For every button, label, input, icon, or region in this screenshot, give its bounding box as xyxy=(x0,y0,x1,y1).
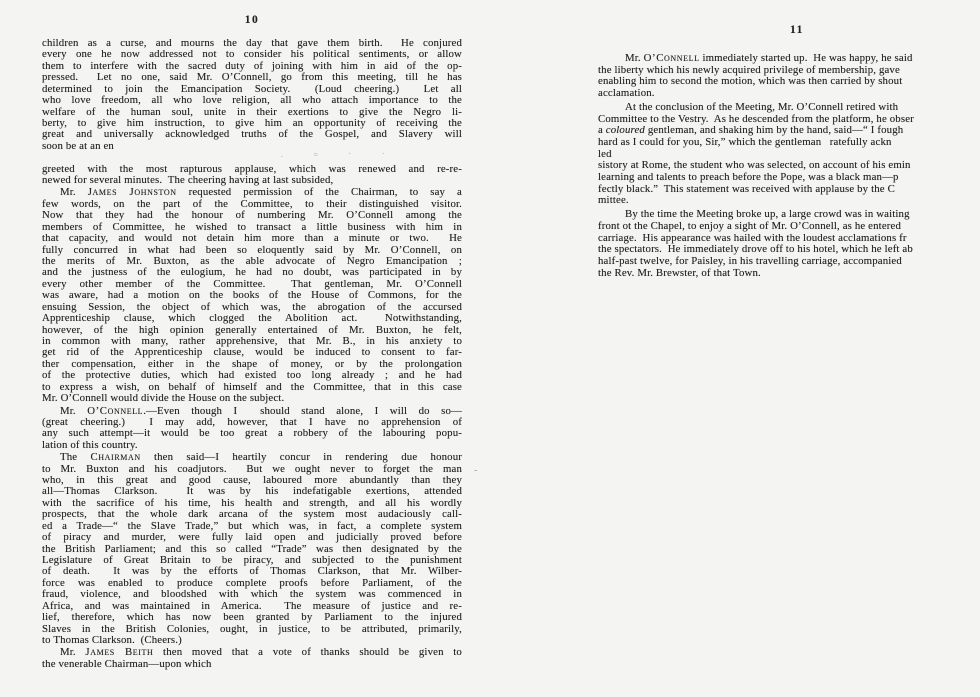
text-segment: a xyxy=(598,124,606,136)
text-segment: the British Parliament; and this so call… xyxy=(42,543,462,555)
text-segment: Mr. xyxy=(60,186,88,198)
text-line: Mr. O’Connell would divide the House on … xyxy=(42,393,462,404)
text-segment: Committee to the Vestry. As he descended… xyxy=(598,113,914,125)
text-segment: all—Thomas Clarkson. It was by his indef… xyxy=(42,485,462,497)
page-11: 11 Mr. O’Connell immediately started up.… xyxy=(598,24,980,279)
speaker-name: Chairman xyxy=(91,451,141,463)
text-segment: pressed. Let no one, said Mr. O’Connell,… xyxy=(42,71,462,83)
text-segment: Now that they had the honour of numberin… xyxy=(42,209,462,221)
text-segment: carriage. His appearance was hailed with… xyxy=(598,232,907,244)
text-segment: in common with many, rather apprehensive… xyxy=(42,335,462,347)
text-segment: to Mr. Buxton and his coadjutors. But we… xyxy=(42,463,462,475)
text-segment: then said—I heartily concur in rendering… xyxy=(141,451,462,463)
text-segment: Mr. xyxy=(625,52,644,64)
text-segment: get rid of the Apprenticeship clause, wo… xyxy=(42,346,462,358)
text-segment: fraud, violence, and bloodshed with whic… xyxy=(42,588,462,600)
text-segment: every one he now addressed not to consid… xyxy=(42,48,462,60)
text-segment: of piracy and murder, were fully laid op… xyxy=(42,531,462,543)
text-segment: acclamation. xyxy=(598,87,655,99)
text-segment: ensuing Session, the object of which was… xyxy=(42,301,462,313)
text-segment: led xyxy=(598,148,612,160)
text-segment: fully concurred in what had been so eloq… xyxy=(42,244,462,256)
text-segment: welfare of the human soul, unite in thei… xyxy=(42,106,462,118)
text-segment: the venerable Chairman—upon which xyxy=(42,658,212,670)
text-segment: At the conclusion of the Meeting, Mr. O’… xyxy=(625,101,898,113)
text-segment: immediately started up. He was happy, he… xyxy=(700,52,913,64)
paragraph: At the conclusion of the Meeting, Mr. O’… xyxy=(598,102,980,207)
paragraph: Mr. James Beith then moved that a vote o… xyxy=(42,647,462,670)
text-line: newed for several minutes. The cheering … xyxy=(42,175,462,186)
page-10: 10 children as a curse, and mourns the d… xyxy=(42,14,462,670)
page-number-left: 10 xyxy=(42,14,462,26)
text-segment: the spectators. He immediately drove off… xyxy=(598,243,913,255)
text-segment: every other member of the Committee. Tha… xyxy=(42,278,462,290)
text-segment: greeted with the most rapturous applause… xyxy=(42,163,462,175)
text-segment: prospects, that the whole dark arcana of… xyxy=(42,508,462,520)
speaker-name: James Johnston xyxy=(88,186,177,198)
text-segment: coloured xyxy=(606,124,645,136)
text-line: soon be at an en xyxy=(42,141,462,152)
text-segment: then moved that a vote of thanks should … xyxy=(153,646,462,658)
text-segment: Africa, and was maintained in America. T… xyxy=(42,600,462,612)
text-segment: the liberty which his newly acquired pri… xyxy=(598,64,900,76)
paragraph: children as a curse, and mourns the day … xyxy=(42,38,462,186)
text-segment: (great cheering.) I may add, however, th… xyxy=(42,416,462,428)
text-segment: members of Committee, he wished to trans… xyxy=(42,221,462,233)
text-segment: Legislature of Great Britain to be pirac… xyxy=(42,554,462,566)
text-segment: force was enabled to produce complete pr… xyxy=(42,577,462,589)
paragraph: Mr. O’Connell.—Even though I should stan… xyxy=(42,406,462,452)
speaker-name: O’Connell xyxy=(87,405,143,417)
text-segment: that capacity, and would not detain him … xyxy=(42,232,462,244)
text-segment: who love freedom, all who love religion,… xyxy=(42,94,462,106)
text-line: mittee. xyxy=(598,195,980,207)
text-segment: lation of this country. xyxy=(42,439,138,451)
text-segment: half-past twelve, for Paisley, in his tr… xyxy=(598,255,902,267)
text-segment: determined to join the Emancipation Soci… xyxy=(42,83,462,95)
text-segment: the merits of Mr. Buxton, as the able ad… xyxy=(42,255,462,267)
text-segment: with the sacrifice of his time, his heal… xyxy=(42,497,462,509)
text-segment: was aware, had a motion on the books of … xyxy=(42,289,462,301)
text-segment: and the justness of the eulogium, he had… xyxy=(42,266,462,278)
text-segment: children as a curse, and mourns the day … xyxy=(42,37,462,49)
text-segment: hard as I could for you, Sir,” which the… xyxy=(598,136,892,148)
text-segment: few words, on the part of the Committee,… xyxy=(42,198,462,210)
paragraph: The Chairman then said—I heartily concur… xyxy=(42,452,462,646)
text-segment: ed a Trade—“ the Slave Trade,” but which… xyxy=(42,520,462,532)
text-segment: to Thomas Clarkson. (Cheers.) xyxy=(42,634,182,646)
text-segment: of the protective duties, which had exis… xyxy=(42,369,462,381)
text-segment: Mr. xyxy=(60,405,87,417)
paragraph: By the time the Meeting broke up, a larg… xyxy=(598,209,980,279)
text-line: acclamation. xyxy=(598,88,980,100)
speaker-name: O’Connell xyxy=(644,52,700,64)
text-segment: lief, therefore, which has now been gran… xyxy=(42,611,462,623)
text-segment: mittee. xyxy=(598,194,629,206)
page-body-right: Mr. O’Connell immediately started up. He… xyxy=(598,53,980,279)
page-body-left: children as a curse, and mourns the day … xyxy=(42,38,462,670)
text-line: fectly black.” This statement was receiv… xyxy=(598,184,980,196)
text-segment: of death. It was by the efforts of Thoma… xyxy=(42,565,462,577)
text-segment: newed for several minutes. The cheering … xyxy=(42,174,333,186)
text-segment: any such attempt—it would be too great a… xyxy=(42,427,462,439)
speaker-name: James Beith xyxy=(85,646,153,658)
page-number-right: 11 xyxy=(790,24,804,36)
text-segment: berty, to give him instruction, to give … xyxy=(42,117,462,129)
text-segment: however, of the high opinion generally e… xyxy=(42,324,462,336)
text-line: the Rev. Mr. Brewster, of that Town. xyxy=(598,268,980,280)
text-segment: Apprenticeship clause, which clogged the… xyxy=(42,312,462,324)
text-line: the venerable Chairman—upon which xyxy=(42,659,462,670)
paragraph: Mr. James Johnston requested permission … xyxy=(42,187,462,404)
text-segment: to express a wish, on behalf of himself … xyxy=(42,381,462,393)
text-segment: requested permission of the Chairman, to… xyxy=(177,186,462,198)
text-segment: .—Even though I should stand alone, I wi… xyxy=(143,405,462,417)
text-segment: fectly black.” This statement was receiv… xyxy=(598,183,895,195)
text-segment: them to interfere with the sacred duty o… xyxy=(42,60,462,72)
text-segment: the Rev. Mr. Brewster, of that Town. xyxy=(598,267,761,279)
text-segment: The xyxy=(60,451,91,463)
text-segment: who, in this great and good cause, labou… xyxy=(42,474,462,486)
paragraph: Mr. O’Connell immediately started up. He… xyxy=(598,53,980,100)
scan-artifact: - xyxy=(474,465,477,476)
text-segment: Mr. xyxy=(60,646,85,658)
text-segment: great and universally acknowledged truth… xyxy=(42,128,462,140)
text-segment: soon be at an en xyxy=(42,140,114,152)
text-segment: enabling him to second the motion, which… xyxy=(598,75,902,87)
text-segment: Slaves in the British Colonies, ought, i… xyxy=(42,623,462,635)
text-segment: By the time the Meeting broke up, a larg… xyxy=(625,208,910,220)
text-segment: Mr. O’Connell would divide the House on … xyxy=(42,392,284,404)
text-segment: learning and talents to preach before th… xyxy=(598,171,899,183)
text-segment: ther compensation, either in the shape o… xyxy=(42,358,462,370)
text-segment: front ot the Chapel, to enjoy a sight of… xyxy=(598,220,901,232)
text-segment: sistory at Rome, the student who was sel… xyxy=(598,159,911,171)
text-line: to Thomas Clarkson. (Cheers.) xyxy=(42,635,462,646)
text-segment: ·°˙˙ xyxy=(280,152,415,163)
text-line: lation of this country. xyxy=(42,440,462,451)
text-line: hard as I could for you, Sir,” which the… xyxy=(598,137,980,149)
text-line: enabling him to second the motion, which… xyxy=(598,76,980,88)
text-segment: gentleman, and shaking him by the hand, … xyxy=(645,124,903,136)
